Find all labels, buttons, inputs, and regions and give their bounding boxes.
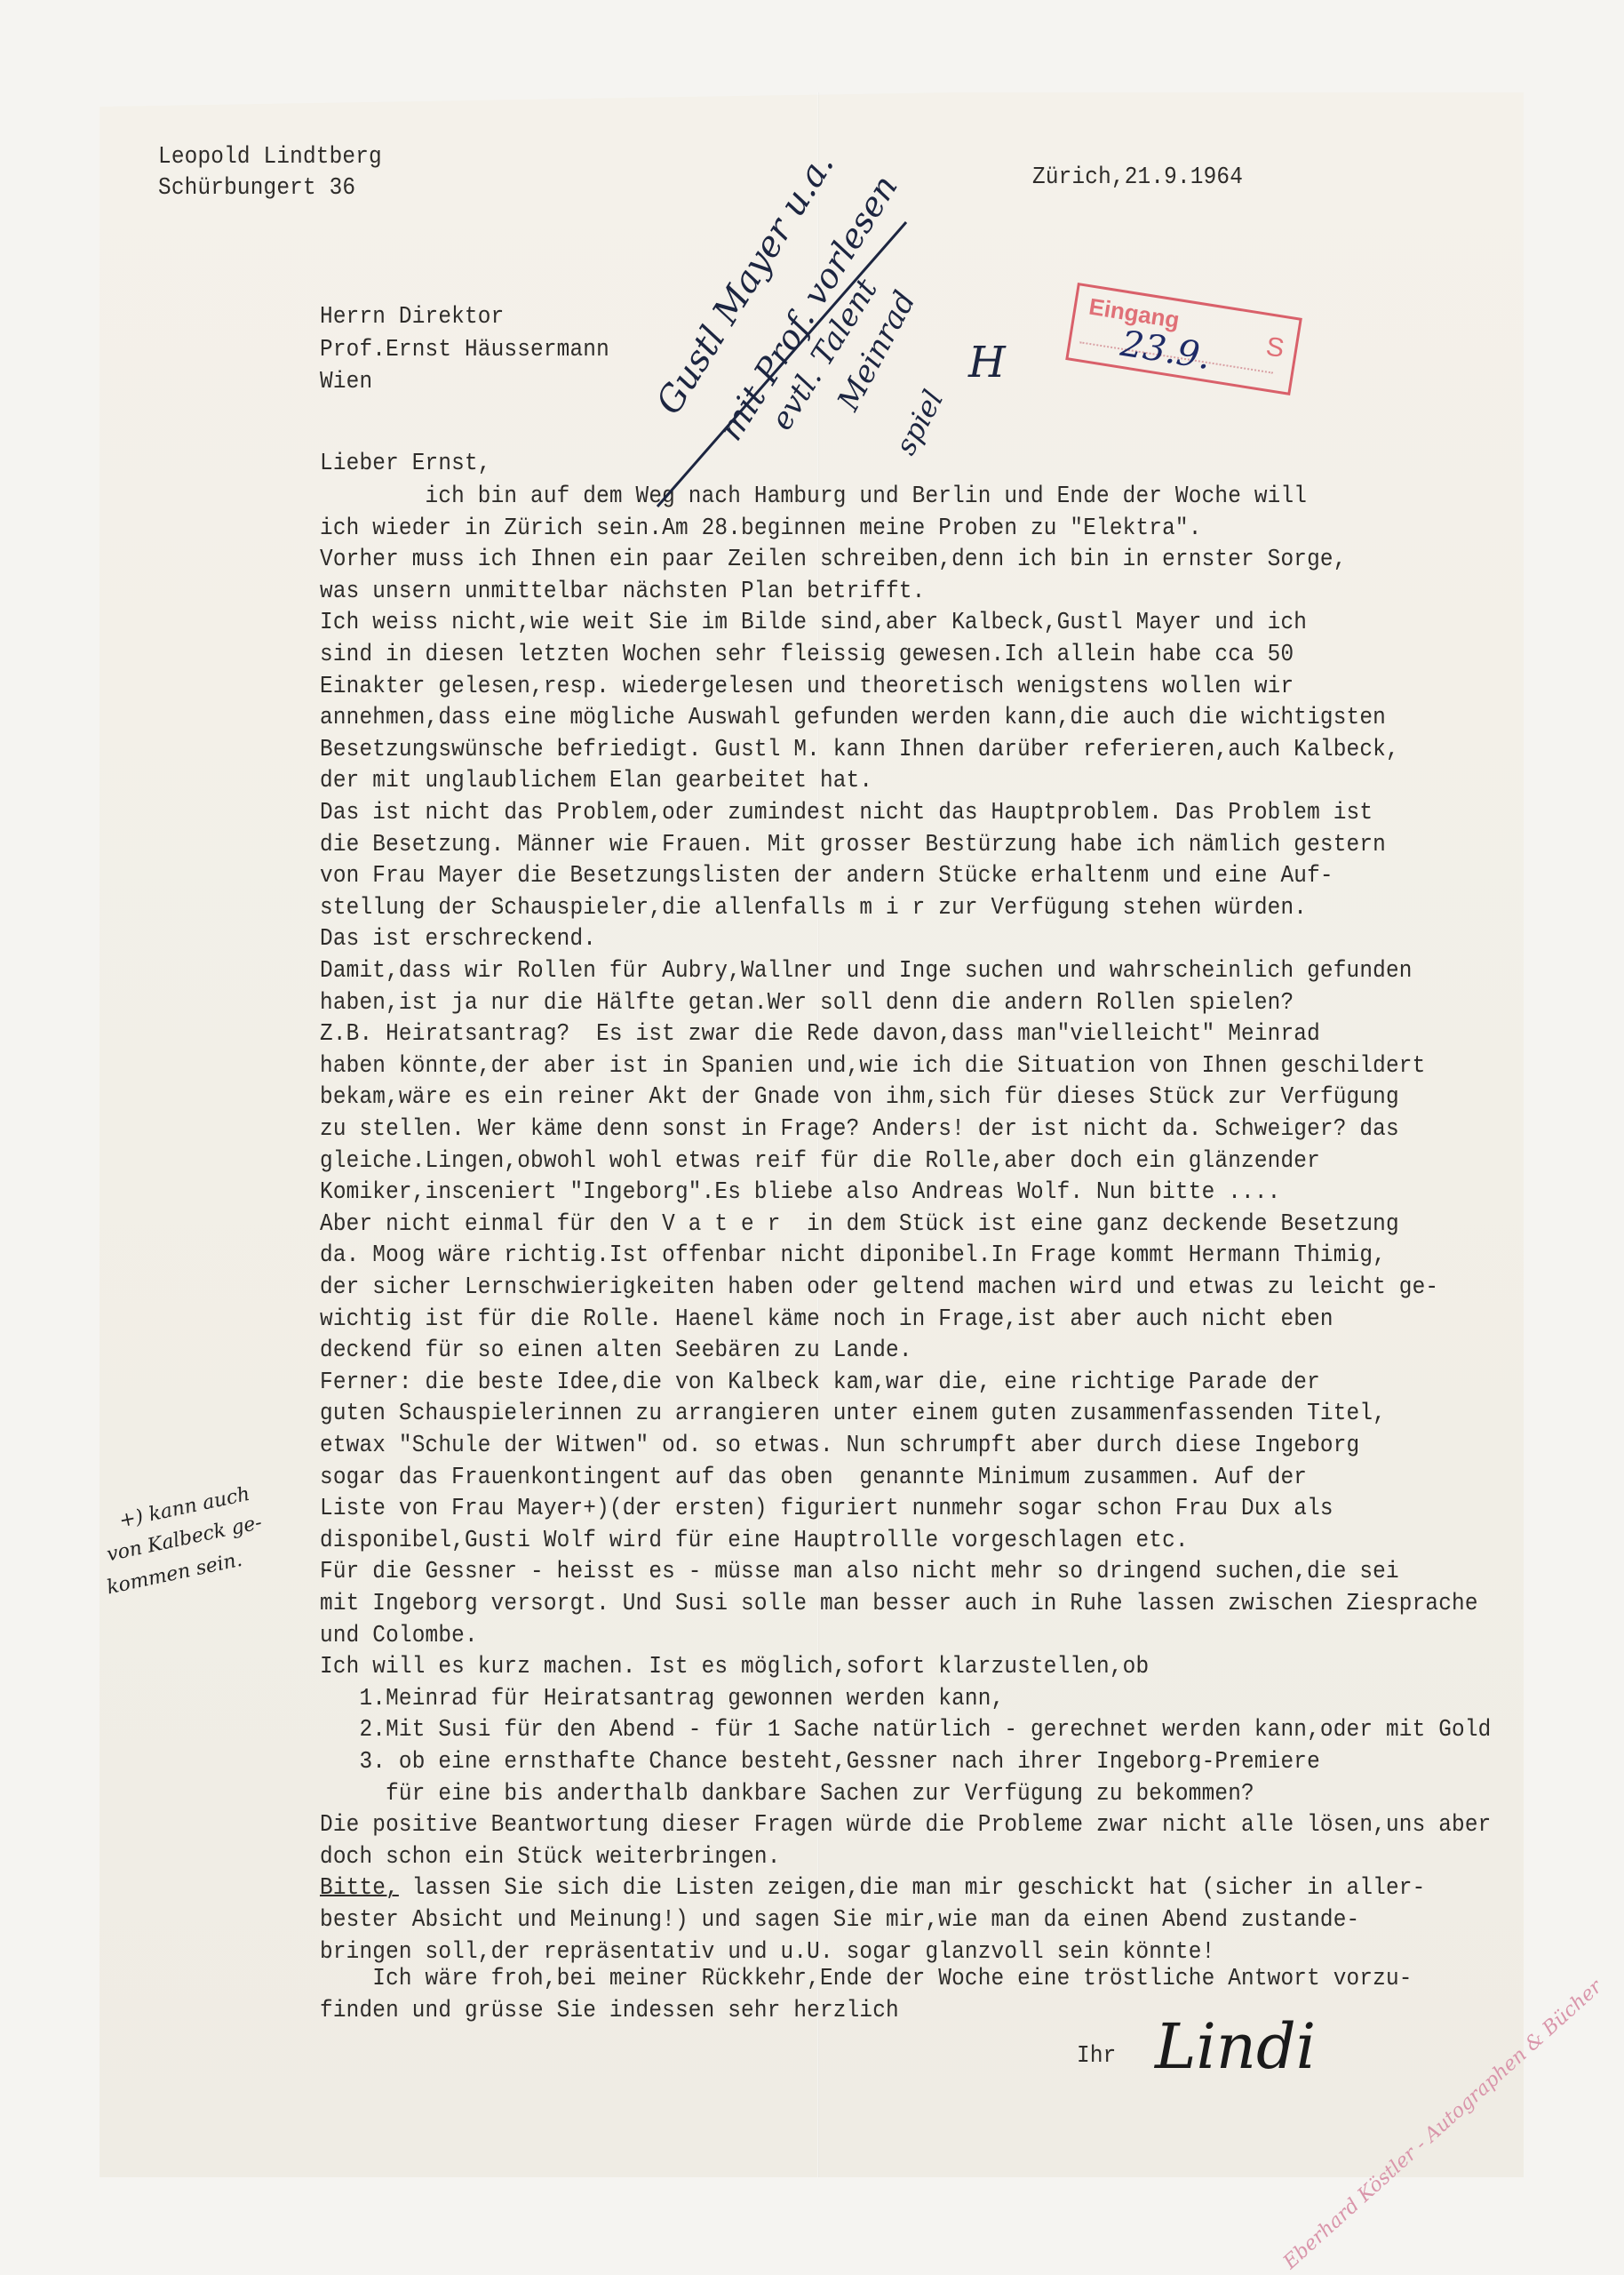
body-line: da. Moog wäre richtig.Ist offenbar nicht… xyxy=(320,1243,1386,1267)
body-line: sind in diesen letzten Wochen sehr fleis… xyxy=(320,643,1294,667)
body-line: doch schon ein Stück weiterbringen. xyxy=(320,1845,781,1869)
body-line: 2.Mit Susi für den Abend - für 1 Sache n… xyxy=(320,1718,1491,1742)
recipient-line-1: Herrn Direktor xyxy=(320,305,504,329)
body-line: disponibel,Gusti Wolf wird für eine Haup… xyxy=(320,1529,1189,1553)
body-line: Aber nicht einmal für den V a t e r in d… xyxy=(320,1212,1399,1236)
body-line: guten Schauspielerinnen zu arrangieren u… xyxy=(320,1401,1386,1425)
body-line: stellung der Schauspieler,die allenfalls… xyxy=(320,896,1307,920)
body-line: bester Absicht und Meinung!) und sagen S… xyxy=(320,1908,1359,1932)
place-date: Zürich,21.9.1964 xyxy=(1032,165,1243,189)
body-line: Damit,dass wir Rollen für Aubry,Wallner … xyxy=(320,959,1413,983)
body-line: der mit unglaublichem Elan gearbeitet ha… xyxy=(320,769,872,793)
body-line: und Colombe. xyxy=(320,1624,478,1648)
handwritten-initial: H xyxy=(968,338,1006,387)
sender-address: Schürbungert 36 xyxy=(158,176,355,200)
body-line: deckend für so einen alten Seebären zu L… xyxy=(320,1338,912,1362)
handwritten-strike-line xyxy=(622,204,942,524)
body-line: 3. ob eine ernsthafte Chance besteht,Ges… xyxy=(320,1750,1320,1774)
body-line: gleiche.Lingen,obwohl wohl etwas reif fü… xyxy=(320,1149,1320,1173)
body-line: was unsern unmittelbar nächsten Plan bet… xyxy=(320,579,925,603)
body-line: etwax "Schule der Witwen" od. so etwas. … xyxy=(320,1433,1359,1457)
body-line: mit Ingeborg versorgt. Und Susi solle ma… xyxy=(320,1592,1478,1616)
stamp-date: 23.9. xyxy=(1118,323,1214,378)
body-line: sogar das Frauenkontingent auf das oben … xyxy=(320,1465,1307,1489)
signature: Lindi xyxy=(1155,2010,1316,2083)
body-line: bekam,wäre es ein reiner Akt der Gnade v… xyxy=(320,1085,1399,1109)
closing-line: finden und grüsse Sie indessen sehr herz… xyxy=(320,1999,899,2023)
body-line: Besetzungswünsche befriedigt. Gustl M. k… xyxy=(320,738,1399,762)
recipient-line-2: Prof.Ernst Häussermann xyxy=(320,338,609,362)
salutation: Lieber Ernst, xyxy=(320,451,491,475)
body-line: Vorher muss ich Ihnen ein paar Zeilen sc… xyxy=(320,547,1347,571)
body-line: Ferner: die beste Idee,die von Kalbeck k… xyxy=(320,1370,1320,1394)
body-line: von Frau Mayer die Besetzungslisten der … xyxy=(320,864,1333,888)
body-line: Die positive Beantwortung dieser Fragen … xyxy=(320,1813,1491,1837)
body-line: Komiker,insceniert "Ingeborg".Es bliebe … xyxy=(320,1180,1280,1204)
body-line: Einakter gelesen,resp. wiedergelesen und… xyxy=(320,675,1294,698)
body-line: Das ist erschreckend. xyxy=(320,927,596,951)
body-line: wichtig ist für die Rolle. Haenel käme n… xyxy=(320,1307,1333,1331)
body-line: Das ist nicht das Problem,oder zumindest… xyxy=(320,801,1373,825)
body-line: Liste von Frau Mayer+)(der ersten) figur… xyxy=(320,1497,1333,1521)
body-line: Z.B. Heiratsantrag? Es ist zwar die Rede… xyxy=(320,1022,1320,1046)
stamp-letter: S xyxy=(1264,331,1286,364)
closing-line: Ich wäre froh,bei meiner Rückkehr,Ende d… xyxy=(320,1967,1413,1991)
body-line: die Besetzung. Männer wie Frauen. Mit gr… xyxy=(320,833,1386,857)
body-line: haben,ist ja nur die Hälfte getan.Wer so… xyxy=(320,991,1294,1015)
body-line: haben könnte,der aber ist in Spanien und… xyxy=(320,1054,1425,1078)
body-line: für eine bis anderthalb dankbare Sachen … xyxy=(320,1782,1254,1806)
body-line: 1.Meinrad für Heiratsantrag gewonnen wer… xyxy=(320,1687,1004,1711)
body-line: Bitte, lassen Sie sich die Listen zeigen… xyxy=(320,1876,1425,1900)
body-line: der sicher Lernschwierigkeiten haben ode… xyxy=(320,1275,1438,1299)
body-line: Ich will es kurz machen. Ist es möglich,… xyxy=(320,1655,1149,1679)
body-line: Für die Gessner - heisst es - müsse man … xyxy=(320,1560,1399,1584)
emphasis-underlined: Bitte, xyxy=(320,1874,399,1901)
sender-name: Leopold Lindtberg xyxy=(158,145,382,169)
body-line: bringen soll,der repräsentativ und u.U. … xyxy=(320,1940,1214,1964)
closing-word: Ihr xyxy=(1077,2044,1116,2068)
body-line: zu stellen. Wer käme denn sonst in Frage… xyxy=(320,1117,1399,1141)
recipient-line-3: Wien xyxy=(320,370,372,394)
body-line: annehmen,dass eine mögliche Auswahl gefu… xyxy=(320,706,1386,730)
body-line: Ich weiss nicht,wie weit Sie im Bilde si… xyxy=(320,611,1307,635)
